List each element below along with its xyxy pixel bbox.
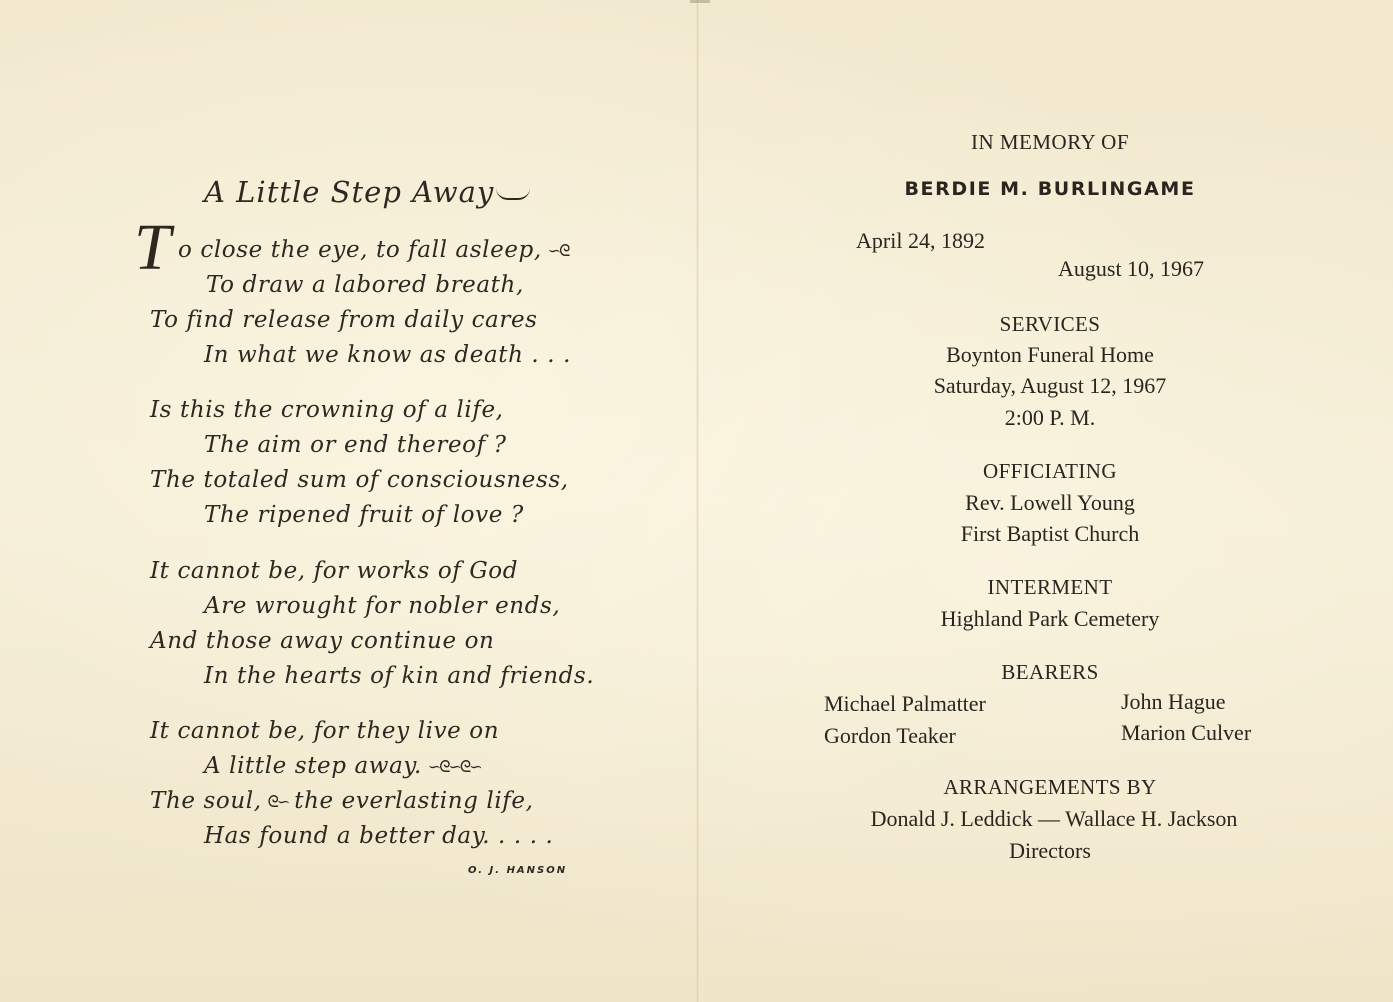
officiant-church: First Baptist Church [800,521,1300,547]
arrangements-heading: ARRANGEMENTS BY [800,775,1300,800]
interment-heading: INTERMENT [800,575,1300,600]
poem-line: To draw a labored breath, [206,272,524,298]
flourish-icon: ∽ᘓ∽ᘓ∽ [428,757,481,777]
poem-line: The soul,ᘓ∽the everlasting life, [150,788,534,814]
poem-line: Is this the crowning of a life, [150,397,504,423]
in-memory-heading: IN MEMORY OF [800,130,1300,155]
bearer-name: John Hague [1121,689,1225,715]
services-date: Saturday, August 12, 1967 [800,373,1300,399]
poem-line: Are wrought for nobler ends, [204,593,560,619]
services-heading: SERVICES [800,312,1300,337]
bearer-name: Gordon Teaker [824,723,956,749]
poem-line: It cannot be, for works of God [150,558,518,584]
poem-line: The totaled sum of consciousness, [150,467,569,493]
poem-line-text: The soul, [150,788,262,814]
poem-line: Has found a better day. . . . . [204,823,553,849]
officiant-name: Rev. Lowell Young [800,490,1300,516]
arrangements-title: Directors [800,838,1300,864]
arrangements-names: Donald J. Leddick — Wallace H. Jackson [804,806,1304,832]
death-date: August 10, 1967 [1058,256,1204,282]
poem-line: A little step away.∽ᘓ∽ᘓ∽ [204,753,481,779]
birth-date: April 24, 1892 [856,228,985,254]
bearer-name: Marion Culver [1121,720,1251,746]
poem-title: A Little Step Away [204,175,530,209]
poem-line: o close the eye, to fall asleep,∽ᘓ [178,237,568,263]
poem-line: The aim or end thereof ? [204,432,507,458]
poem-line-text: the everlasting life, [294,788,533,814]
poem-line: In the hearts of kin and friends. [204,663,594,689]
bearer-name: Michael Palmatter [824,691,986,717]
deceased-name: BERDIE M. BURLINGAME [800,178,1300,200]
top-edge-mark [690,0,710,3]
poem-line-text: o close the eye, to fall asleep, [178,237,542,263]
services-location: Boynton Funeral Home [800,342,1300,368]
poem-line: In what we know as death . . . [204,342,571,368]
memorial-program-panel: IN MEMORY OF BERDIE M. BURLINGAME April … [800,0,1300,1002]
poem-line: To find release from daily cares [150,307,538,333]
services-time: 2:00 P. M. [800,405,1300,431]
poem-line: The ripened fruit of love ? [204,502,524,528]
flourish-icon: ᘓ∽ [268,792,289,812]
bearers-heading: BEARERS [800,660,1300,685]
poem-line-text: A little step away. [204,753,422,779]
poem-author: O. J. HANSON [468,865,567,876]
flourish-icon: ∽ᘓ [548,241,569,261]
interment-place: Highland Park Cemetery [800,606,1300,632]
poem-line: And those away continue on [150,628,494,654]
poem-line: It cannot be, for they live on [150,718,499,744]
officiating-heading: OFFICIATING [800,459,1300,484]
poem-title-text: A Little Step Away [204,175,494,209]
center-fold-line [696,0,699,1002]
drop-cap: T [134,215,171,281]
title-swash-icon [496,188,530,200]
